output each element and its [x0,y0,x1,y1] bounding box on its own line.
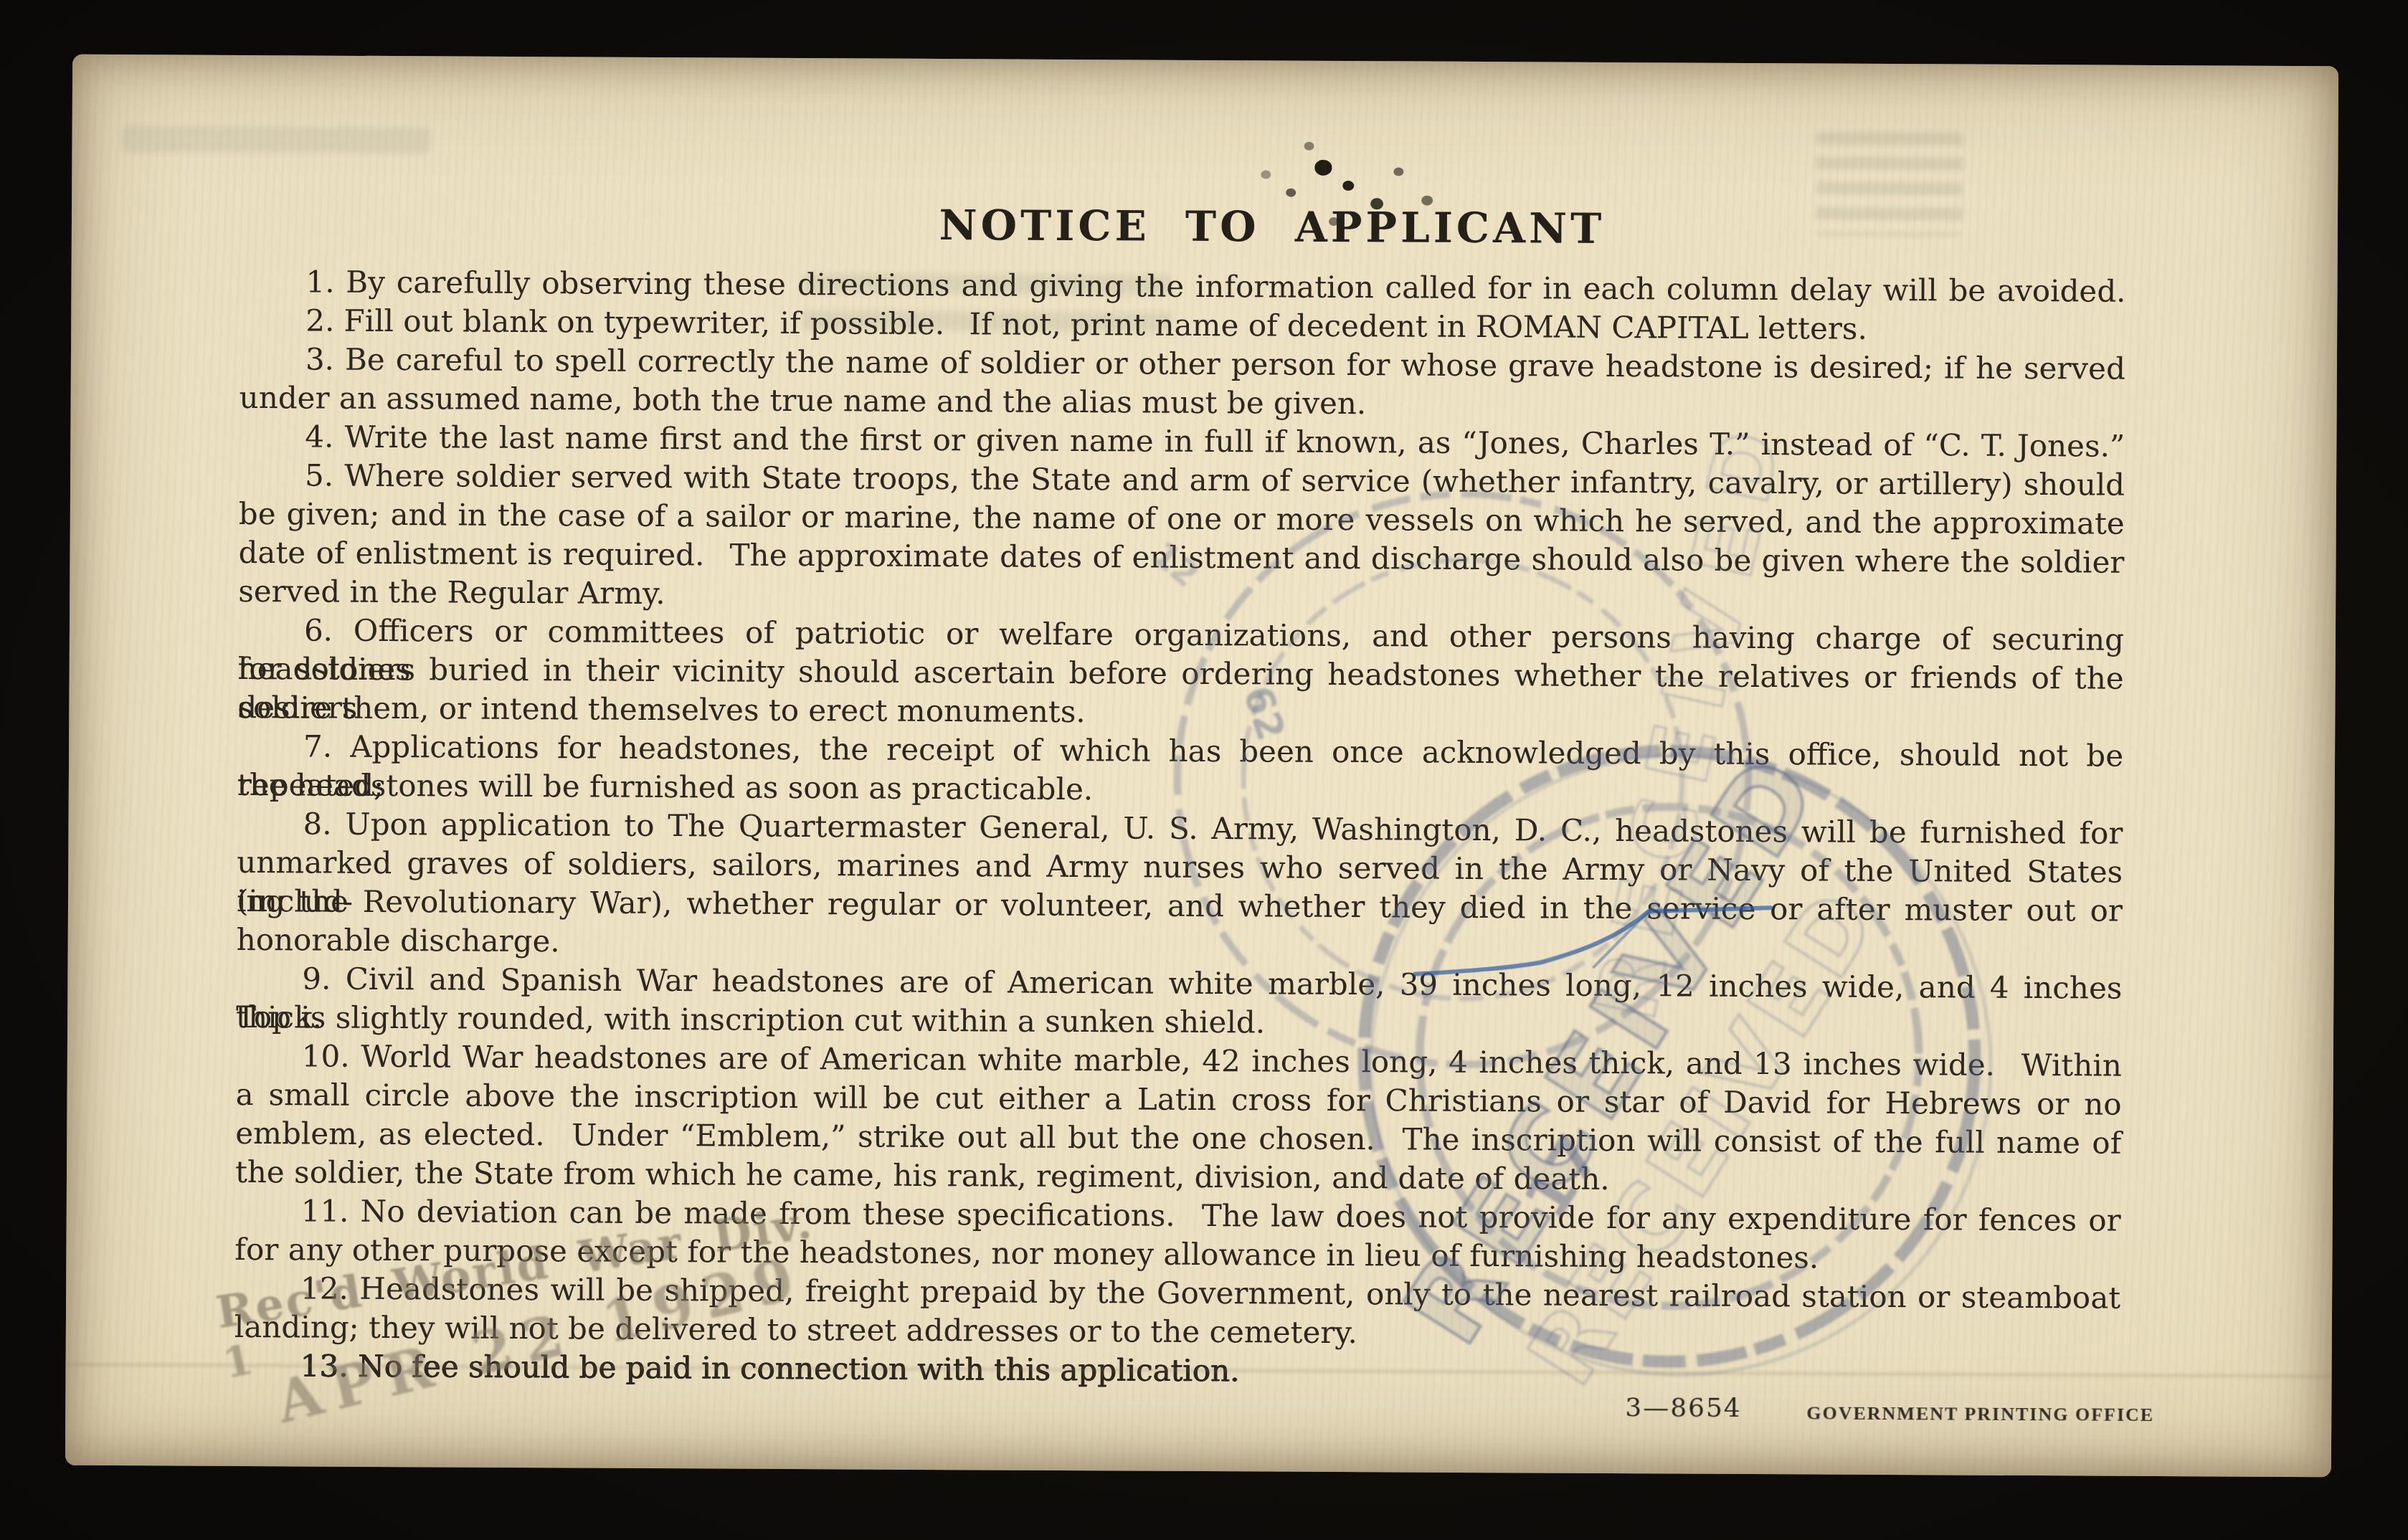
document-page: NOTICE TO APPLICANT 1. By carefully obse… [65,54,2338,1478]
scan-background: NOTICE TO APPLICANT 1. By carefully obse… [0,0,2408,1540]
printing-office-imprint: GOVERNMENT PRINTING OFFICE [1806,1402,2154,1426]
stamp-fragment-62: 62 [1235,680,1294,746]
stamp-fragment-12: 12 [1144,534,1206,596]
form-number: 3—8654 [1625,1393,1742,1423]
